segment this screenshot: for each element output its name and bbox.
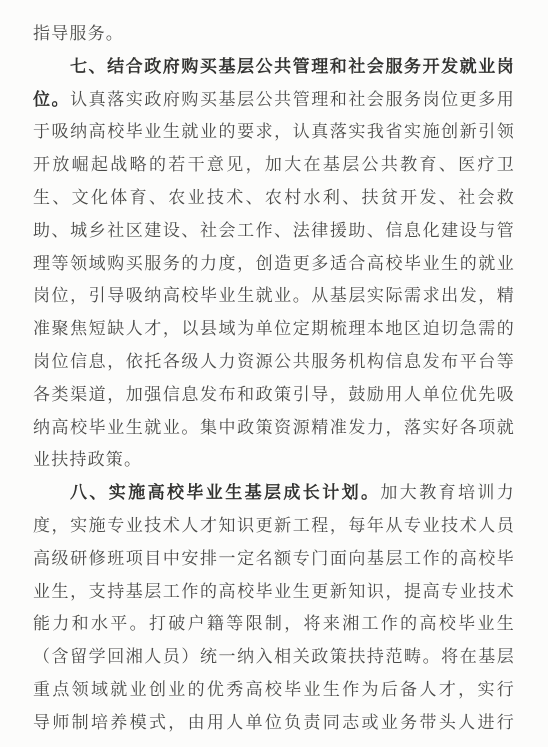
text-line: 纳高校毕业生就业。集中政策资源精准发力，落实好各项就 (33, 412, 515, 445)
text-line: 导师制培养模式，由用人单位负责同志或业务带头人进行 (33, 707, 515, 740)
body-text: 岗位信息，依托各级人力资源公共服务机构信息发布平台等 (33, 352, 515, 371)
body-text: 指导服务。 (33, 24, 124, 43)
body-text: 业生，支持基层工作的高校毕业生更新知识，提高专业技术 (33, 582, 515, 601)
document-text: 指导服务。七、结合政府购买基层公共管理和社会服务开发就业岗位。认真落实政府购买基… (0, 0, 548, 740)
text-line: 高级研修班项目中安排一定名额专门面向基层工作的高校毕 (33, 543, 515, 576)
body-text: 岗位，引导吸纳高校毕业生就业。从基层实际需求出发，精 (33, 286, 515, 305)
body-text: 各类渠道，加强信息发布和政策引导，鼓励用人单位优先吸 (33, 385, 515, 404)
text-line: 指导服务。 (33, 18, 515, 51)
body-text: 业扶持政策。 (33, 450, 142, 469)
body-text: （含留学回湘人员）统一纳入相关政策扶持范畴。将在基层 (33, 647, 515, 666)
body-text: 于吸纳高校毕业生就业的要求，认真落实我省实施创新引领 (33, 122, 515, 141)
body-text: 纳高校毕业生就业。集中政策资源精准发力，落实好各项就 (33, 418, 515, 437)
text-line: 度，实施专业技术人才知识更新工程，每年从专业技术人员 (33, 510, 515, 543)
text-line: 各类渠道，加强信息发布和政策引导，鼓励用人单位优先吸 (33, 379, 515, 412)
text-line: 助、城乡社区建设、社会工作、法律援助、信息化建设与管 (33, 215, 515, 248)
body-text: 能力和水平。打破户籍等限制，将来湘工作的高校毕业生 (33, 614, 515, 633)
text-line: 能力和水平。打破户籍等限制，将来湘工作的高校毕业生 (33, 608, 515, 641)
body-text: 准聚焦短缺人才，以县域为单位定期梳理本地区迫切急需的 (33, 319, 515, 338)
body-text: 加大教育培训力 (380, 483, 515, 502)
text-line: 业生，支持基层工作的高校毕业生更新知识，提高专业技术 (33, 576, 515, 609)
body-text: 认真落实政府购买基层公共管理和社会服务岗位更多用 (70, 90, 515, 109)
body-text: 生、文化体育、农业技术、农村水利、扶贫开发、社会救 (33, 188, 515, 207)
section-heading-text: 七、结合政府购买基层公共管理和社会服务开发就业岗 (70, 57, 515, 76)
body-text: 重点领域就业创业的优秀高校毕业生作为后备人才，实行 (33, 680, 515, 699)
text-line: 业扶持政策。 (33, 444, 515, 477)
section-heading-text: 八、实施高校毕业生基层成长计划。 (70, 483, 380, 502)
section-heading-text: 位。 (33, 90, 70, 109)
text-line: 开放崛起战略的若干意见，加大在基层公共教育、医疗卫 (33, 149, 515, 182)
body-text: 度，实施专业技术人才知识更新工程，每年从专业技术人员 (33, 516, 515, 535)
text-line: 岗位信息，依托各级人力资源公共服务机构信息发布平台等 (33, 346, 515, 379)
text-line: （含留学回湘人员）统一纳入相关政策扶持范畴。将在基层 (33, 641, 515, 674)
text-line: 于吸纳高校毕业生就业的要求，认真落实我省实施创新引领 (33, 116, 515, 149)
text-line: 位。认真落实政府购买基层公共管理和社会服务岗位更多用 (33, 84, 515, 117)
body-text: 高级研修班项目中安排一定名额专门面向基层工作的高校毕 (33, 549, 515, 568)
text-line: 重点领域就业创业的优秀高校毕业生作为后备人才，实行 (33, 674, 515, 707)
text-line: 生、文化体育、农业技术、农村水利、扶贫开发、社会救 (33, 182, 515, 215)
text-line: 七、结合政府购买基层公共管理和社会服务开发就业岗 (33, 51, 515, 84)
body-text: 导师制培养模式，由用人单位负责同志或业务带头人进行 (33, 713, 515, 732)
text-line: 岗位，引导吸纳高校毕业生就业。从基层实际需求出发，精 (33, 280, 515, 313)
text-line: 理等领域购买服务的力度，创造更多适合高校毕业生的就业 (33, 248, 515, 281)
body-text: 助、城乡社区建设、社会工作、法律援助、信息化建设与管 (33, 221, 515, 240)
document-page: 指导服务。七、结合政府购买基层公共管理和社会服务开发就业岗位。认真落实政府购买基… (0, 0, 548, 747)
body-text: 开放崛起战略的若干意见，加大在基层公共教育、医疗卫 (33, 155, 515, 174)
body-text: 理等领域购买服务的力度，创造更多适合高校毕业生的就业 (33, 254, 515, 273)
text-line: 准聚焦短缺人才，以县域为单位定期梳理本地区迫切急需的 (33, 313, 515, 346)
text-line: 八、实施高校毕业生基层成长计划。加大教育培训力 (33, 477, 515, 510)
